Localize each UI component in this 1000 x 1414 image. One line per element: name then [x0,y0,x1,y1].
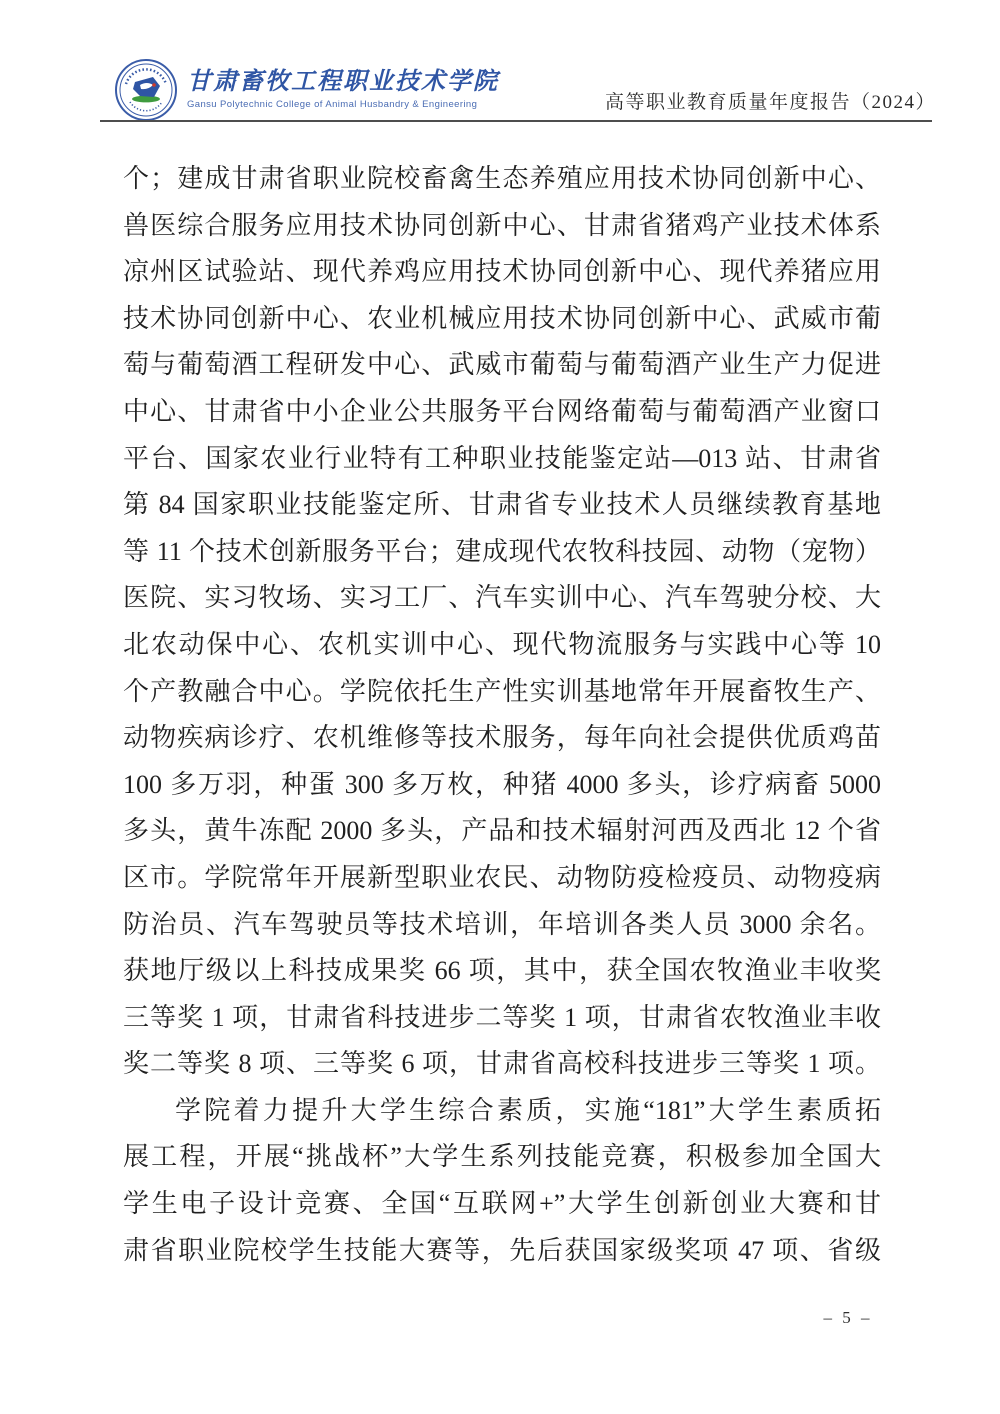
text-line: 奖二等奖 8 项、三等奖 6 项，甘肃省高校科技进步三等奖 1 项。 [123,1041,881,1088]
text-line: 区市。学院常年开展新型职业农民、动物防疫检疫员、动物疫病 [123,855,881,902]
header-divider [100,120,932,122]
text-line: 获地厅级以上科技成果奖 66 项，其中，获全国农牧渔业丰收奖 [123,948,881,995]
text-line: 多头，黄牛冻配 2000 多头，产品和技术辐射河西及西北 12 个省 [123,808,881,855]
college-logo: 甘肃畜牧工程职业技术学院 Gansu Polytechnic College o… [114,58,499,122]
college-name-zh: 甘肃畜牧工程职业技术学院 [187,70,499,95]
text-line: 平台、国家农业行业特有工种职业技能鉴定站—013 站、甘肃省 [123,436,881,483]
text-line: 肃省职业院校学生技能大赛等，先后获国家级奖项 47 项、省级 [123,1228,881,1275]
text-line: 100 多万羽，种蛋 300 多万枚，种猪 4000 多头，诊疗病畜 5000 [123,762,881,809]
page-number: – 5 – [805,1308,891,1328]
college-name-en: Gansu Polytechnic College of Animal Husb… [187,99,499,110]
report-title: 高等职业教育质量年度报告（2024） [605,87,936,114]
text-line: 医院、实习牧场、实习工厂、汽车实训中心、汽车驾驶分校、大 [123,575,881,622]
text-line: 个产教融合中心。学院依托生产性实训基地常年开展畜牧生产、 [123,669,881,716]
paragraph-1: 个；建成甘肃省职业院校畜禽生态养殖应用技术协同创新中心、兽医综合服务应用技术协同… [123,156,881,1088]
text-line: 第 84 国家职业技能鉴定所、甘肃省专业技术人员继续教育基地 [123,482,881,529]
text-line: 动物疾病诊疗、农机维修等技术服务，每年向社会提供优质鸡苗 [123,715,881,762]
text-line: 北农动保中心、农机实训中心、现代物流服务与实践中心等 10 [123,622,881,669]
text-line: 中心、甘肃省中小企业公共服务平台网络葡萄与葡萄酒产业窗口 [123,389,881,436]
paragraph-2: 学院着力提升大学生综合素质，实施“181”大学生素质拓展工程，开展“挑战杯”大学… [123,1088,881,1274]
text-line: 兽医综合服务应用技术协同创新中心、甘肃省猪鸡产业技术体系 [123,203,881,250]
college-seal-icon [114,58,178,122]
text-line: 等 11 个技术创新服务平台；建成现代农牧科技园、动物（宠物） [123,529,881,576]
text-line: 个；建成甘肃省职业院校畜禽生态养殖应用技术协同创新中心、 [123,156,881,203]
college-name-block: 甘肃畜牧工程职业技术学院 Gansu Polytechnic College o… [187,58,499,110]
text-line: 学生电子设计竞赛、全国“互联网+”大学生创新创业大赛和甘 [123,1181,881,1228]
body-text: 个；建成甘肃省职业院校畜禽生态养殖应用技术协同创新中心、兽医综合服务应用技术协同… [123,156,881,1274]
text-line: 展工程，开展“挑战杯”大学生系列技能竞赛，积极参加全国大 [123,1134,881,1181]
text-line: 凉州区试验站、现代养鸡应用技术协同创新中心、现代养猪应用 [123,249,881,296]
text-line: 萄与葡萄酒工程研发中心、武威市葡萄与葡萄酒产业生产力促进 [123,342,881,389]
text-line: 技术协同创新中心、农业机械应用技术协同创新中心、武威市葡 [123,296,881,343]
text-line: 三等奖 1 项，甘肃省科技进步二等奖 1 项，甘肃省农牧渔业丰收 [123,995,881,1042]
document-page: 甘肃畜牧工程职业技术学院 Gansu Polytechnic College o… [0,0,1000,1414]
text-line: 学院着力提升大学生综合素质，实施“181”大学生素质拓 [123,1088,881,1135]
text-line: 防治员、汽车驾驶员等技术培训，年培训各类人员 3000 余名。 [123,902,881,949]
